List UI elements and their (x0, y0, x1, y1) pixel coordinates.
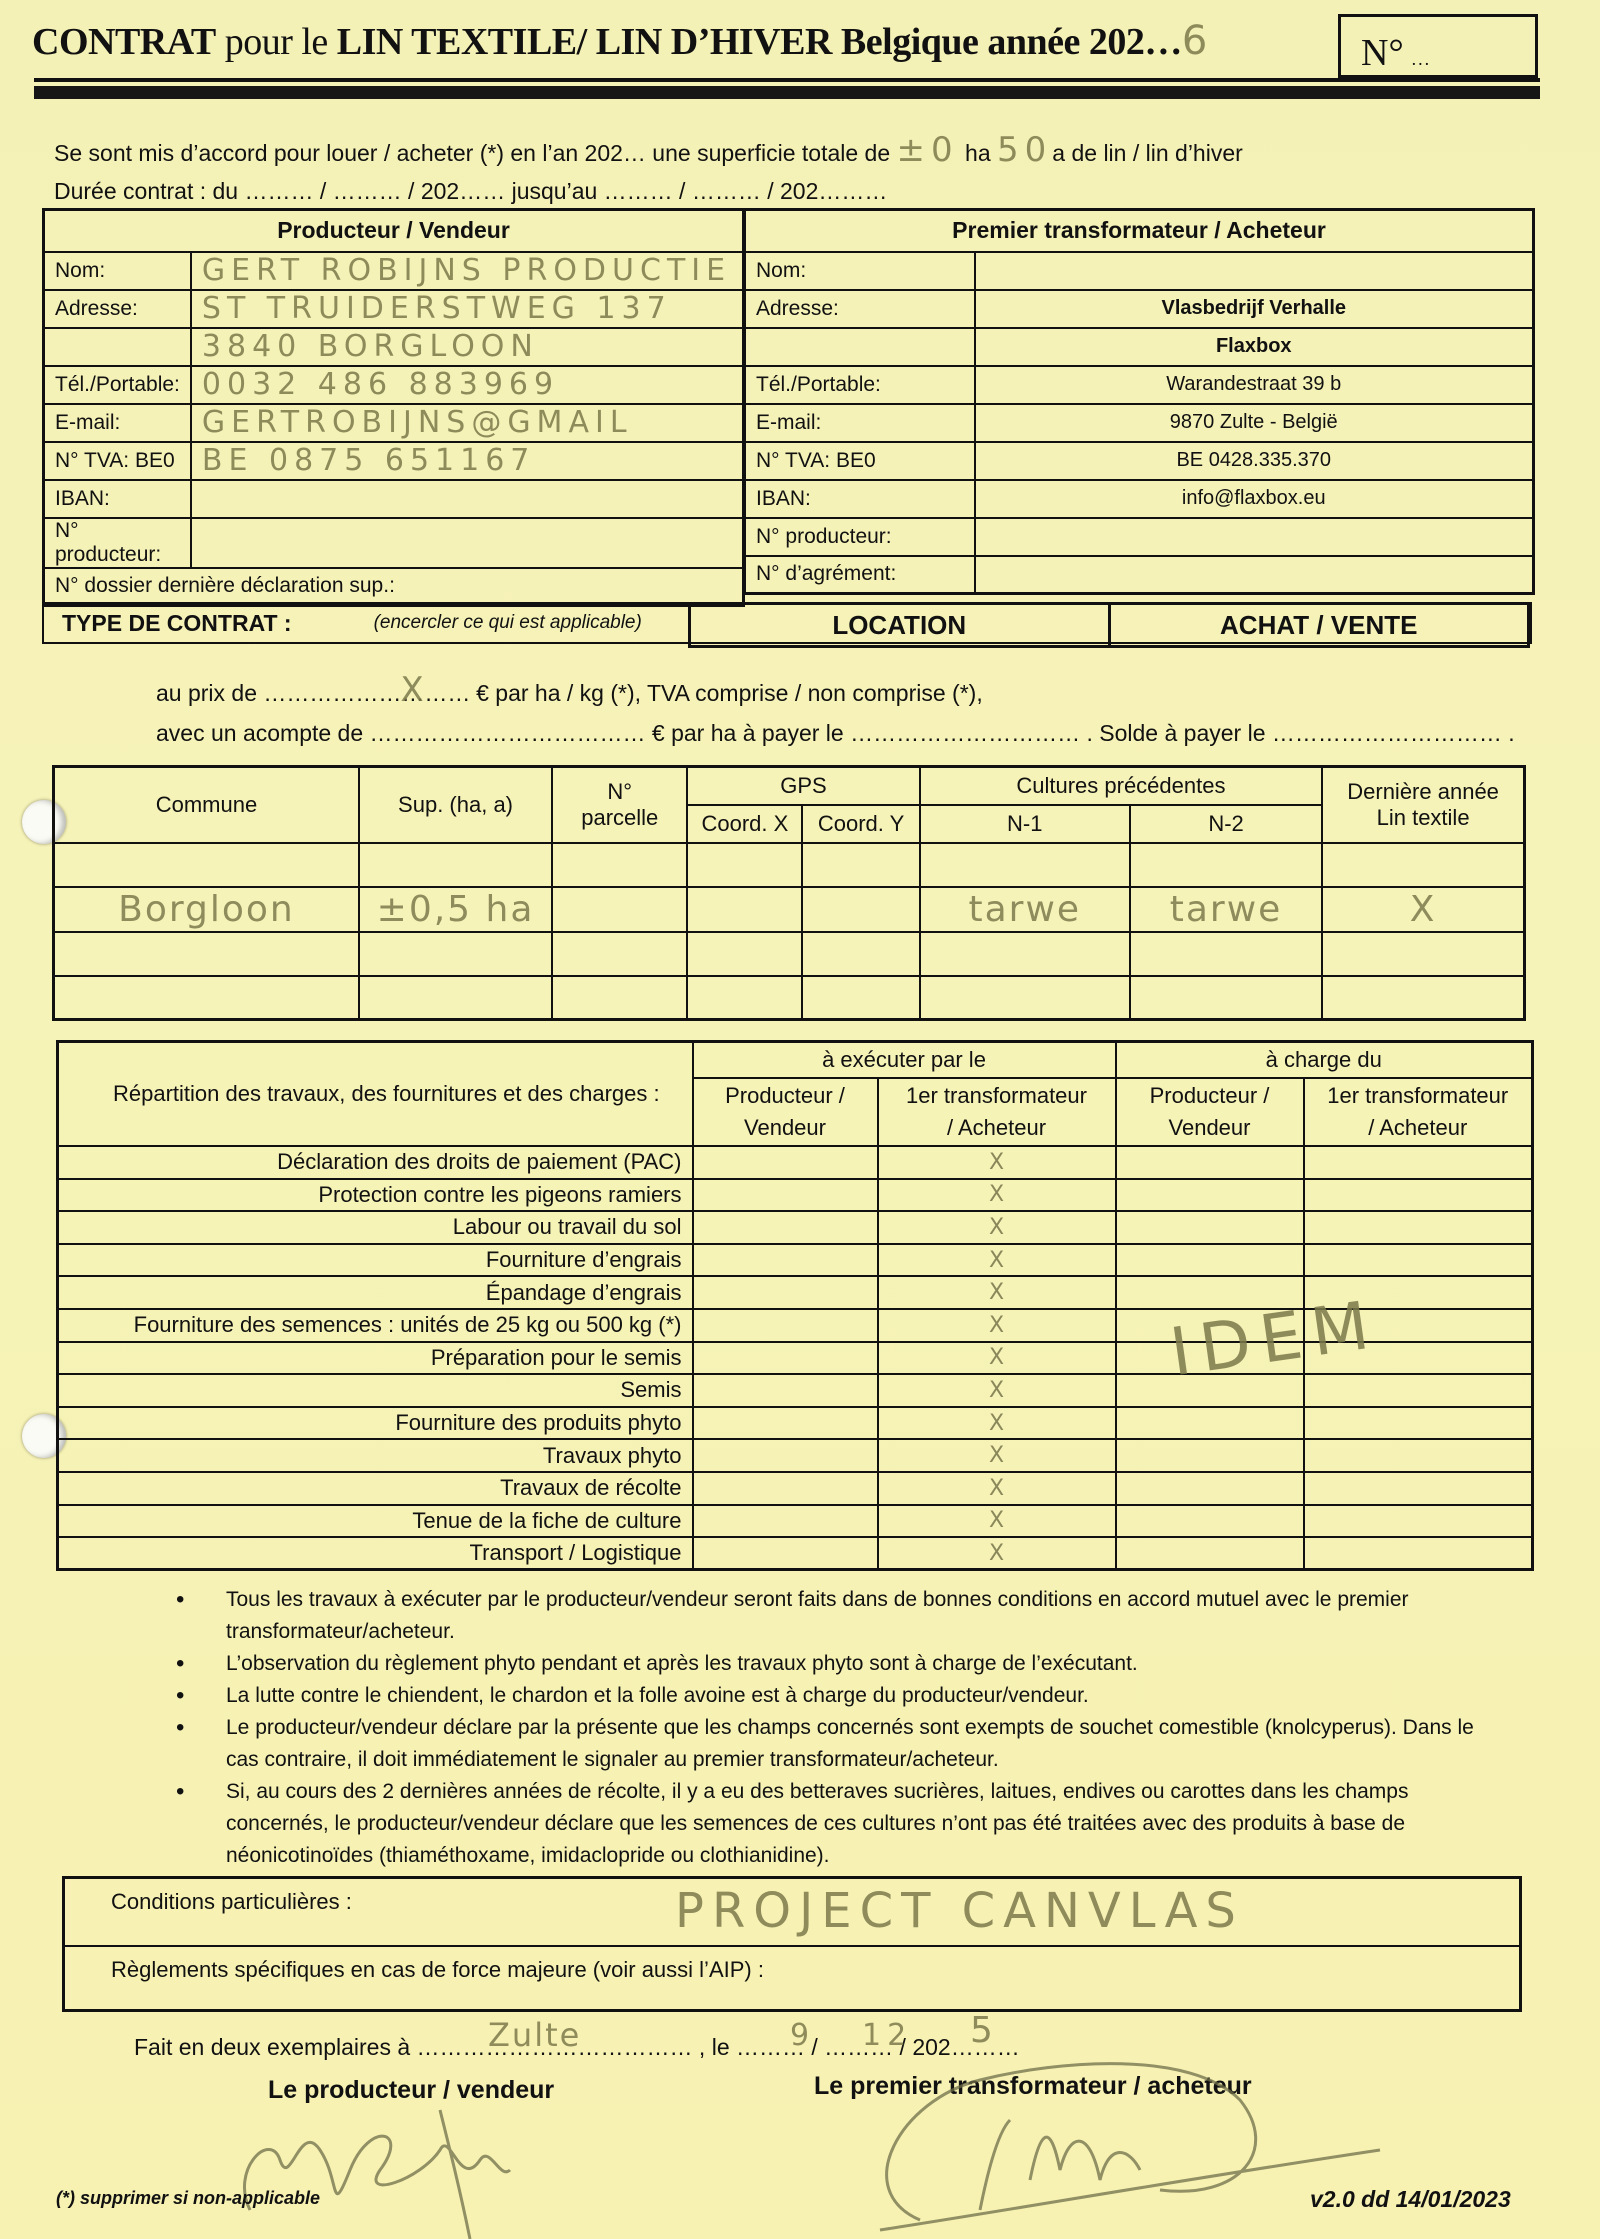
seller-row-phone: Tél./Portable:0032 486 883969 (44, 366, 744, 404)
parcels-table: Commune Sup. (ha, a) N°parcelle GPS Cult… (52, 765, 1526, 1021)
buyer-heading: Premier transformateur / Acheteur (745, 210, 1534, 252)
clause-item: La lutte contre le chiendent, le chardon… (168, 1680, 1498, 1712)
clause-item: Le producteur/vendeur déclare par la pré… (168, 1712, 1498, 1776)
seller-heading: Producteur / Vendeur (44, 210, 744, 252)
buyer-city-field[interactable]: 9870 Zulte - België (975, 404, 1534, 442)
tasks-group-charge: à charge du (1116, 1042, 1533, 1079)
buyer-brand-field[interactable]: Flaxbox (975, 328, 1534, 366)
task-row: Fourniture d’engraisX (58, 1244, 1533, 1277)
special-conditions-row: Conditions particulières : PROJECT CANVL… (65, 1879, 1519, 1945)
buyer-row-producer: N° producteur: (745, 518, 1534, 556)
header-divider-thick (34, 86, 1540, 99)
seller-row-dossier: N° dossier dernière déclaration sup.: (44, 568, 744, 606)
footnote: (*) supprimer si non-applicable (56, 2188, 320, 2209)
contract-number-box[interactable]: N°... (1338, 14, 1538, 78)
agreement-line: Se sont mis d’accord pour louer / achete… (54, 130, 1243, 170)
col-commune: Commune (54, 767, 359, 843)
buyer-row-approval: N° d’agrément: (745, 556, 1534, 594)
seller-producer-field[interactable] (191, 518, 744, 568)
seller-email-field[interactable]: GERTROBIJNS@GMAIL (191, 404, 744, 442)
contract-type-purchase[interactable]: ACHAT / VENTE (1111, 602, 1531, 648)
special-conditions-label: Conditions particulières : (111, 1889, 352, 1914)
buyer-company-field[interactable]: Vlasbedrijf Verhalle (975, 290, 1534, 328)
seller-row-producer: N° producteur: (44, 518, 744, 568)
day-field[interactable]: 9 (790, 2018, 815, 2053)
col-coord-y: Coord. Y (802, 805, 919, 843)
task-row: Travaux phytoX (58, 1439, 1533, 1472)
parcel-row (54, 843, 1525, 887)
page-title: CONTRAT pour le LIN TEXTILE/ LIN D’HIVER… (32, 18, 1213, 64)
parcel-row (54, 976, 1525, 1020)
seller-table: Producteur / Vendeur Nom:GERT ROBIJNS PR… (42, 208, 745, 607)
special-conditions-field[interactable]: PROJECT CANVLAS (675, 1883, 1244, 1939)
task-row: Labour ou travail du solX (58, 1211, 1533, 1244)
seller-row-address2: 3840 BORGLOON (44, 328, 744, 366)
clause-item: Tous les travaux à exécuter par le produ… (168, 1584, 1498, 1648)
buyer-table: Premier transformateur / Acheteur Nom: A… (743, 208, 1535, 595)
place-field[interactable]: Zulte (488, 2016, 581, 2054)
seller-name-field[interactable]: GERT ROBIJNS PRODUCTIE (191, 252, 744, 290)
task-row: Tenue de la fiche de cultureX (58, 1505, 1533, 1538)
header-divider (34, 78, 1540, 82)
contract-type-location[interactable]: LOCATION (688, 602, 1111, 648)
buyer-row-name: Nom: (745, 252, 1534, 290)
seller-row-email: E-mail:GERTROBIJNS@GMAIL (44, 404, 744, 442)
contract-type-label: TYPE DE CONTRAT : (62, 610, 292, 637)
seller-address-field[interactable]: ST TRUIDERSTWEG 137 (191, 290, 744, 328)
seller-city-field[interactable]: 3840 BORGLOON (191, 328, 744, 366)
buyer-row-vat: N° TVA: BE0BE 0428.335.370 (745, 442, 1534, 480)
hectares-field[interactable]: ±0 (897, 130, 959, 170)
col-n2: N-2 (1130, 805, 1322, 843)
clause-item: Si, au cours des 2 dernières années de r… (168, 1776, 1498, 1872)
price-crossed-mark[interactable]: X (400, 670, 429, 710)
price-line: au prix de ………………………X € par ha / kg (*),… (156, 670, 983, 710)
col-exec-buyer: 1er transformateur/ Acheteur (878, 1078, 1116, 1146)
buyer-approval-field[interactable] (975, 556, 1534, 594)
col-charge-seller: Producteur /Vendeur (1116, 1078, 1304, 1146)
force-majeure-row: Règlements spécifiques en cas de force m… (65, 1945, 1519, 2011)
deposit-line[interactable]: avec un acompte de ……………………………… € par ha… (156, 720, 1515, 747)
clause-item: L’observation du règlement phyto pendant… (168, 1648, 1498, 1680)
buyer-producer-field[interactable] (975, 518, 1534, 556)
task-row: Déclaration des droits de paiement (PAC)… (58, 1146, 1533, 1179)
seller-row-address: Adresse:ST TRUIDERSTWEG 137 (44, 290, 744, 328)
buyer-name-field[interactable] (975, 252, 1534, 290)
seller-row-vat: N° TVA: BE0BE 0875 651167 (44, 442, 744, 480)
seller-vat-field[interactable]: BE 0875 651167 (191, 442, 744, 480)
buyer-row-phone: Tél./Portable:Warandestraat 39 b (745, 366, 1534, 404)
contract-type-row: TYPE DE CONTRAT :(encercler ce qui est a… (42, 602, 1532, 644)
buyer-street-field[interactable]: Warandestraat 39 b (975, 366, 1534, 404)
col-parcel: N°parcelle (552, 767, 687, 843)
task-row: Fourniture des produits phytoX (58, 1407, 1533, 1440)
seller-iban-field[interactable] (191, 480, 744, 518)
buyer-row-address2: Flaxbox (745, 328, 1534, 366)
buyer-row-address: Adresse:Vlasbedrijf Verhalle (745, 290, 1534, 328)
task-row: SemisX (58, 1374, 1533, 1407)
conditions-box: Conditions particulières : PROJECT CANVL… (62, 1876, 1522, 2012)
seller-phone-field[interactable]: 0032 486 883969 (191, 366, 744, 404)
buyer-vat-field[interactable]: BE 0428.335.370 (975, 442, 1534, 480)
tasks-title: Répartition des travaux, des fournitures… (58, 1042, 693, 1147)
task-row: Protection contre les pigeons ramiersX (58, 1179, 1533, 1212)
col-previous-crops: Cultures précédentes (920, 767, 1323, 805)
buyer-email-field[interactable]: info@flaxbox.eu (975, 480, 1534, 518)
seller-row-name: Nom:GERT ROBIJNS PRODUCTIE (44, 252, 744, 290)
col-exec-seller: Producteur /Vendeur (693, 1078, 878, 1146)
col-charge-buyer: 1er transformateur/ Acheteur (1304, 1078, 1533, 1146)
col-gps: GPS (687, 767, 919, 805)
col-last-year: Dernière annéeLin textile (1322, 767, 1524, 843)
col-surface: Sup. (ha, a) (359, 767, 552, 843)
seller-row-iban: IBAN: (44, 480, 744, 518)
parcel-row (54, 932, 1525, 976)
task-row: Travaux de récolteX (58, 1472, 1533, 1505)
task-row: Transport / LogistiqueX (58, 1537, 1533, 1570)
seller-signature-icon (210, 2090, 630, 2239)
clauses-list: Tous les travaux à exécuter par le produ… (168, 1584, 1498, 1872)
ares-field[interactable]: 50 (997, 130, 1052, 170)
col-n1: N-1 (920, 805, 1130, 843)
buyer-row-email: E-mail:9870 Zulte - België (745, 404, 1534, 442)
tasks-group-execute: à exécuter par le (693, 1042, 1116, 1079)
duration-line[interactable]: Durée contrat : du ……… / ……… / 202…… jus… (54, 178, 887, 205)
contract-type-hint: (encercler ce qui est applicable) (374, 612, 642, 634)
buyer-row-iban: IBAN:info@flaxbox.eu (745, 480, 1534, 518)
version-label: v2.0 dd 14/01/2023 (1310, 2186, 1511, 2213)
col-coord-x: Coord. X (687, 805, 802, 843)
handwritten-year: 6 (1182, 18, 1213, 64)
force-majeure-label[interactable]: Règlements spécifiques en cas de force m… (111, 1957, 764, 1982)
parcel-row: Borgloon±0,5 hatarwetarweX (54, 887, 1525, 932)
